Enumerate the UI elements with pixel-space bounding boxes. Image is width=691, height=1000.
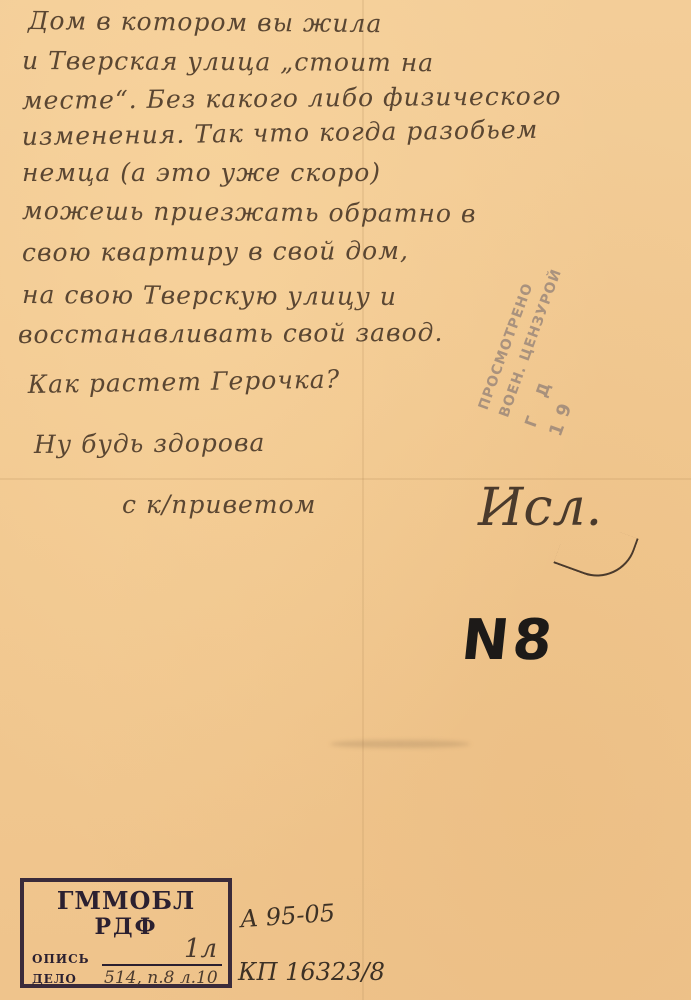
archive-stamp-title: ГММОБЛ <box>24 886 228 915</box>
letter-closing: с к/приветом <box>122 490 316 519</box>
letter-line: свою квартиру в свой дом, <box>22 236 409 267</box>
letter-line: Дом в котором вы жила <box>28 6 382 38</box>
delo-label: ДЕЛО <box>32 972 77 986</box>
opis-value: 1л <box>184 934 217 964</box>
letter-line: и Тверская улица „стоит на <box>22 46 434 77</box>
opis-underline <box>102 964 222 966</box>
opis-label: ОПИСЬ <box>32 952 90 966</box>
page-number: N8 <box>459 608 560 673</box>
archive-stamp: ГММОБЛ РДФ ОПИСЬ ДЕЛО 1л 514, п.8 л.10 <box>20 878 232 988</box>
letter-line: немца (а это уже скоро) <box>22 158 381 187</box>
letter-line: на свою Тверскую улицу и <box>22 280 397 311</box>
letter-line: Как растет Герочка? <box>27 365 340 399</box>
letter-line: можешь приезжать обратно в <box>22 196 477 228</box>
delo-value: 514, п.8 л.10 <box>104 968 218 988</box>
paper-smudge <box>330 740 470 748</box>
censor-stamp-line: 19 <box>545 393 579 439</box>
letter-line: месте“. Без какого либо физического <box>22 81 562 115</box>
letter-line: восстанавливать свой завод. <box>18 318 444 349</box>
inventory-number-kp: КП 16323/8 <box>238 958 385 986</box>
letter-line: Ну будь здорова <box>34 428 266 459</box>
vertical-fold-crease <box>362 0 364 1000</box>
